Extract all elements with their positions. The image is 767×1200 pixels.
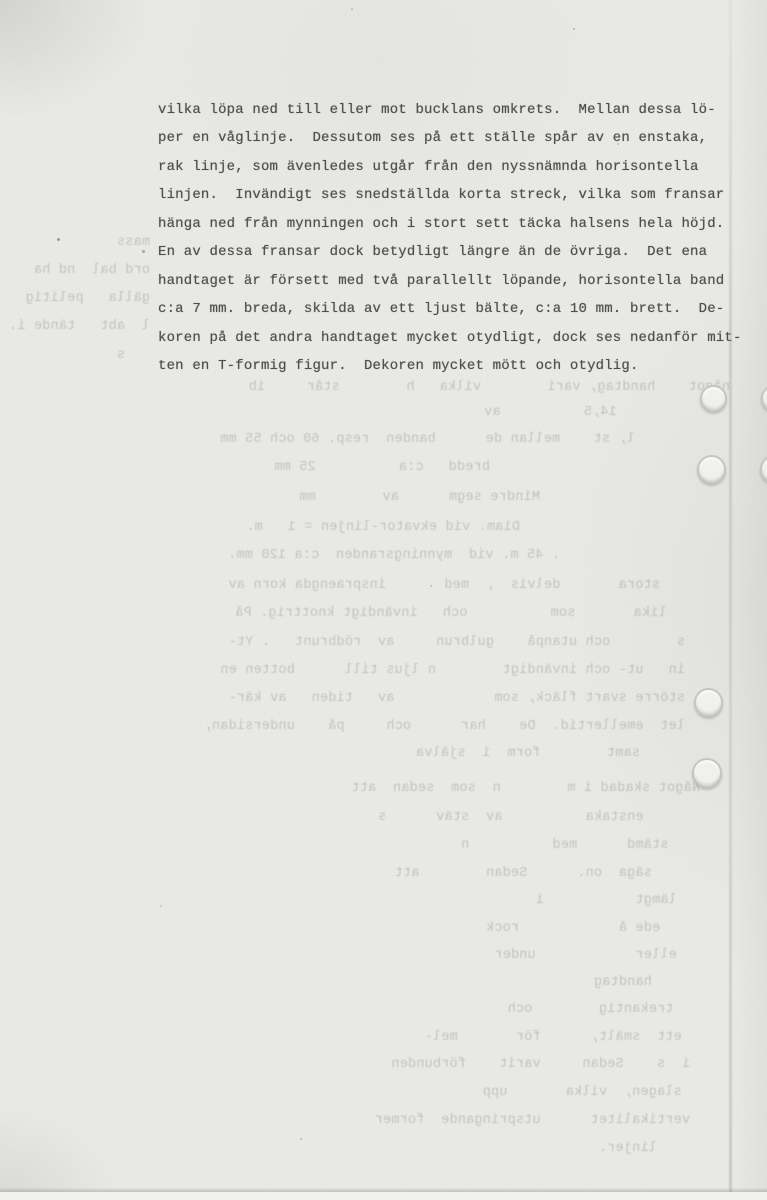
showthrough-text-line: handtag [60,975,710,991]
showthrough-text-line: bredd c:a 25 mm [190,460,490,476]
punch-hole [694,688,723,717]
ink-speck [142,250,145,253]
text-line: koren på det andra handtaget mycket otyd… [158,324,743,352]
ink-speck [351,8,353,10]
showthrough-text-line: i s Sedan varit förbunden [55,1057,715,1073]
showthrough-text-line: vertikalitet utspringande former [55,1113,715,1129]
showthrough-text-line: lika som och invändigt knottrig. På [75,606,675,622]
showthrough-text-line: ord bal nd ha [0,263,150,279]
punch-hole [697,455,726,484]
showthrough-text-line: säga on. Sedan att [60,866,710,882]
showthrough-text-line: linjer. [55,1141,715,1157]
showthrough-text-line: trekantig och [55,1002,715,1018]
showthrough-text-line: l abt tände i. [0,319,150,335]
page-crease [729,0,732,1200]
text-line: per en våglinje. Dessutom ses på ett stä… [158,124,743,152]
ink-speck [573,28,575,30]
showthrough-text-line: in ut- och invändigt n ljus till botten … [70,663,685,679]
ink-speck [300,1138,302,1140]
showthrough-text-line: något handtag, vari vilka h står ib [150,380,730,396]
showthrough-text-line: ett smält, för mel- [55,1030,715,1046]
ink-speck [430,585,432,587]
showthrough-text-line: stora delvis , med inspraengda korn av [95,578,660,594]
showthrough-text-line: större svart fläck, som av tiden av kär- [70,691,685,707]
punch-hole [761,385,767,412]
showthrough-text-line: ede å rock [60,921,710,937]
showthrough-text-line: Något skadad i m n som sedan att [80,781,700,797]
text-line: c:a 7 mm. breda, skilda av ett ljust bäl… [158,295,743,323]
showthrough-text-line: l, st mellan de banden resp. 60 och 55 m… [165,432,635,448]
text-line: vilka löpa ned till eller mot bucklans o… [158,96,743,124]
text-line: hänga ned från mynningen och i stort set… [158,210,743,238]
showthrough-text-line: Diam. vid ekvator-linjen = 1 m. [180,520,520,536]
typewritten-paragraph: vilka löpa ned till eller mot bucklans o… [158,96,743,381]
showthrough-text-line: stämd med n [60,838,710,854]
showthrough-text-line: eller under [60,948,710,964]
text-line: En av dessa fransar dock betydligt längr… [158,238,743,266]
ink-speck [617,143,619,145]
punch-hole [692,758,722,788]
showthrough-text-line: let emellertid. De har och på undersidan… [70,719,685,735]
showthrough-text-line: s [0,348,150,364]
showthrough-text-line: s och utanpå gulbrun av rödbrunt . Yt- [70,635,685,651]
page-bottom-strip [0,1192,767,1200]
punch-hole [700,385,727,412]
showthrough-text-line: slagen, vilka upp [55,1085,715,1101]
scanned-document-page: något handtag, vari vilka h står ib 14,5… [0,0,767,1200]
text-line: handtaget är försett med två parallellt … [158,267,743,295]
showthrough-text-line: mass [0,235,150,251]
text-line: rak linje, som ävenledes utgår från den … [158,153,743,181]
text-line: linjen. Invändigt ses snedställda korta … [158,181,743,209]
showthrough-text-line: Mindre segm av mm [210,490,540,506]
punch-hole [760,455,767,484]
showthrough-text-line: gälla pelitig [0,291,150,307]
showthrough-text-line: . 45 m. vid mynningsranden c:a 120 mm. [140,548,560,564]
showthrough-text-line: samt form i själva [120,746,640,762]
text-line: ten en T-formig figur. Dekoren mycket mö… [158,352,743,380]
showthrough-text-line: lämgt i [60,893,710,909]
showthrough-text-line: enstaka av stäv s [60,810,710,826]
ink-speck [160,905,162,907]
ink-speck [57,238,60,241]
showthrough-text-line: 14,5 av [250,405,650,421]
